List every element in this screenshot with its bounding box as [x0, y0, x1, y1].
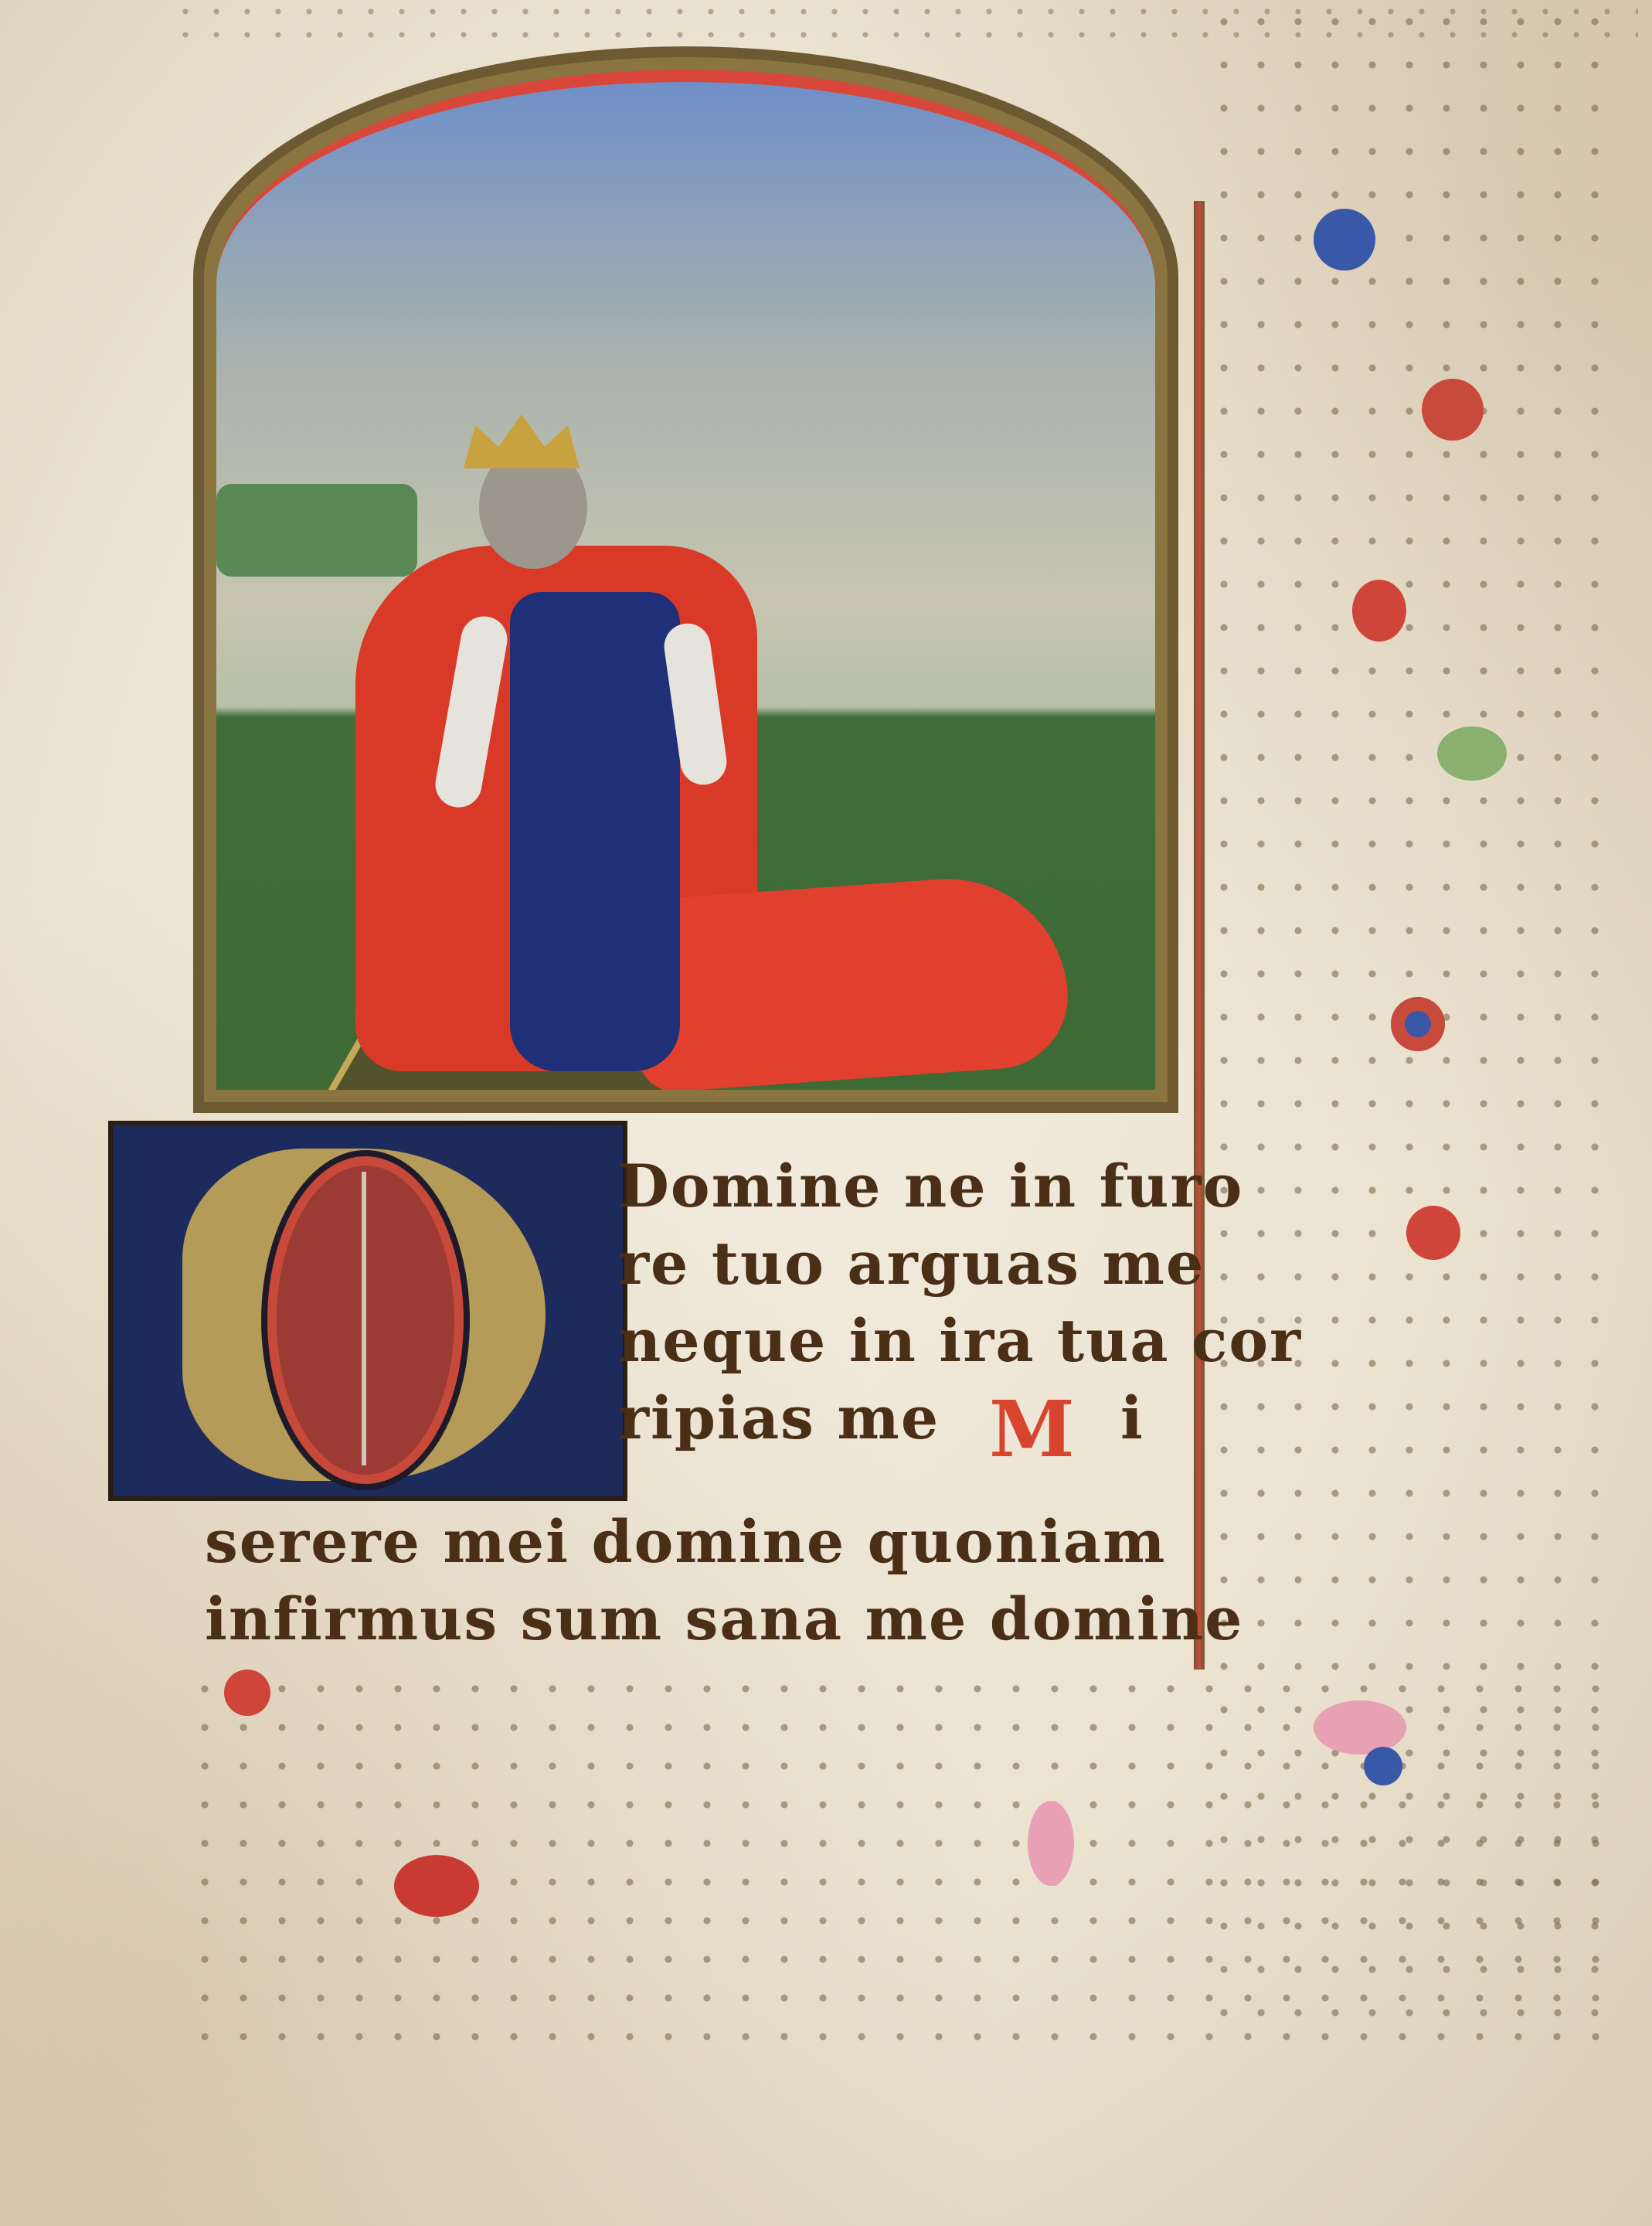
text-line: i [1120, 1384, 1144, 1452]
flower-pink [1314, 1700, 1406, 1755]
red-mantle-train [627, 871, 1072, 1090]
leaf-green [1437, 727, 1507, 781]
flower-red [224, 1669, 270, 1716]
flower-blue [1364, 1747, 1402, 1785]
rubric-initial-m: M [989, 1384, 1076, 1475]
flower-blue [1314, 209, 1375, 271]
flower-red [1352, 580, 1406, 642]
flower-red [1422, 379, 1484, 441]
vertical-gold-rule [1194, 201, 1205, 1669]
initial-center-line [362, 1172, 366, 1465]
gold-crown [464, 414, 580, 468]
text-line: Domine ne in furo [618, 1152, 1243, 1220]
flower-blue-red [1391, 997, 1445, 1051]
flower-pink [1028, 1801, 1074, 1886]
text-line: re tuo arguas me [618, 1229, 1205, 1298]
miniature-painting [193, 46, 1178, 1113]
king-david-figure [355, 391, 1097, 1087]
parchment-page: Domine ne in furo re tuo arguas me neque… [0, 0, 1652, 2226]
flower-red [394, 1855, 479, 1917]
text-line: infirmus sum sana me domine [205, 1584, 1244, 1653]
text-line: ripias me [618, 1384, 940, 1452]
flower-red [1406, 1206, 1460, 1260]
blue-tunic [510, 592, 680, 1071]
miniature-scene [216, 70, 1155, 1090]
illuminated-initial-d [108, 1121, 627, 1501]
text-line: neque in ira tua cor [618, 1306, 1302, 1375]
text-line: serere mei domine quoniam [205, 1507, 1167, 1576]
